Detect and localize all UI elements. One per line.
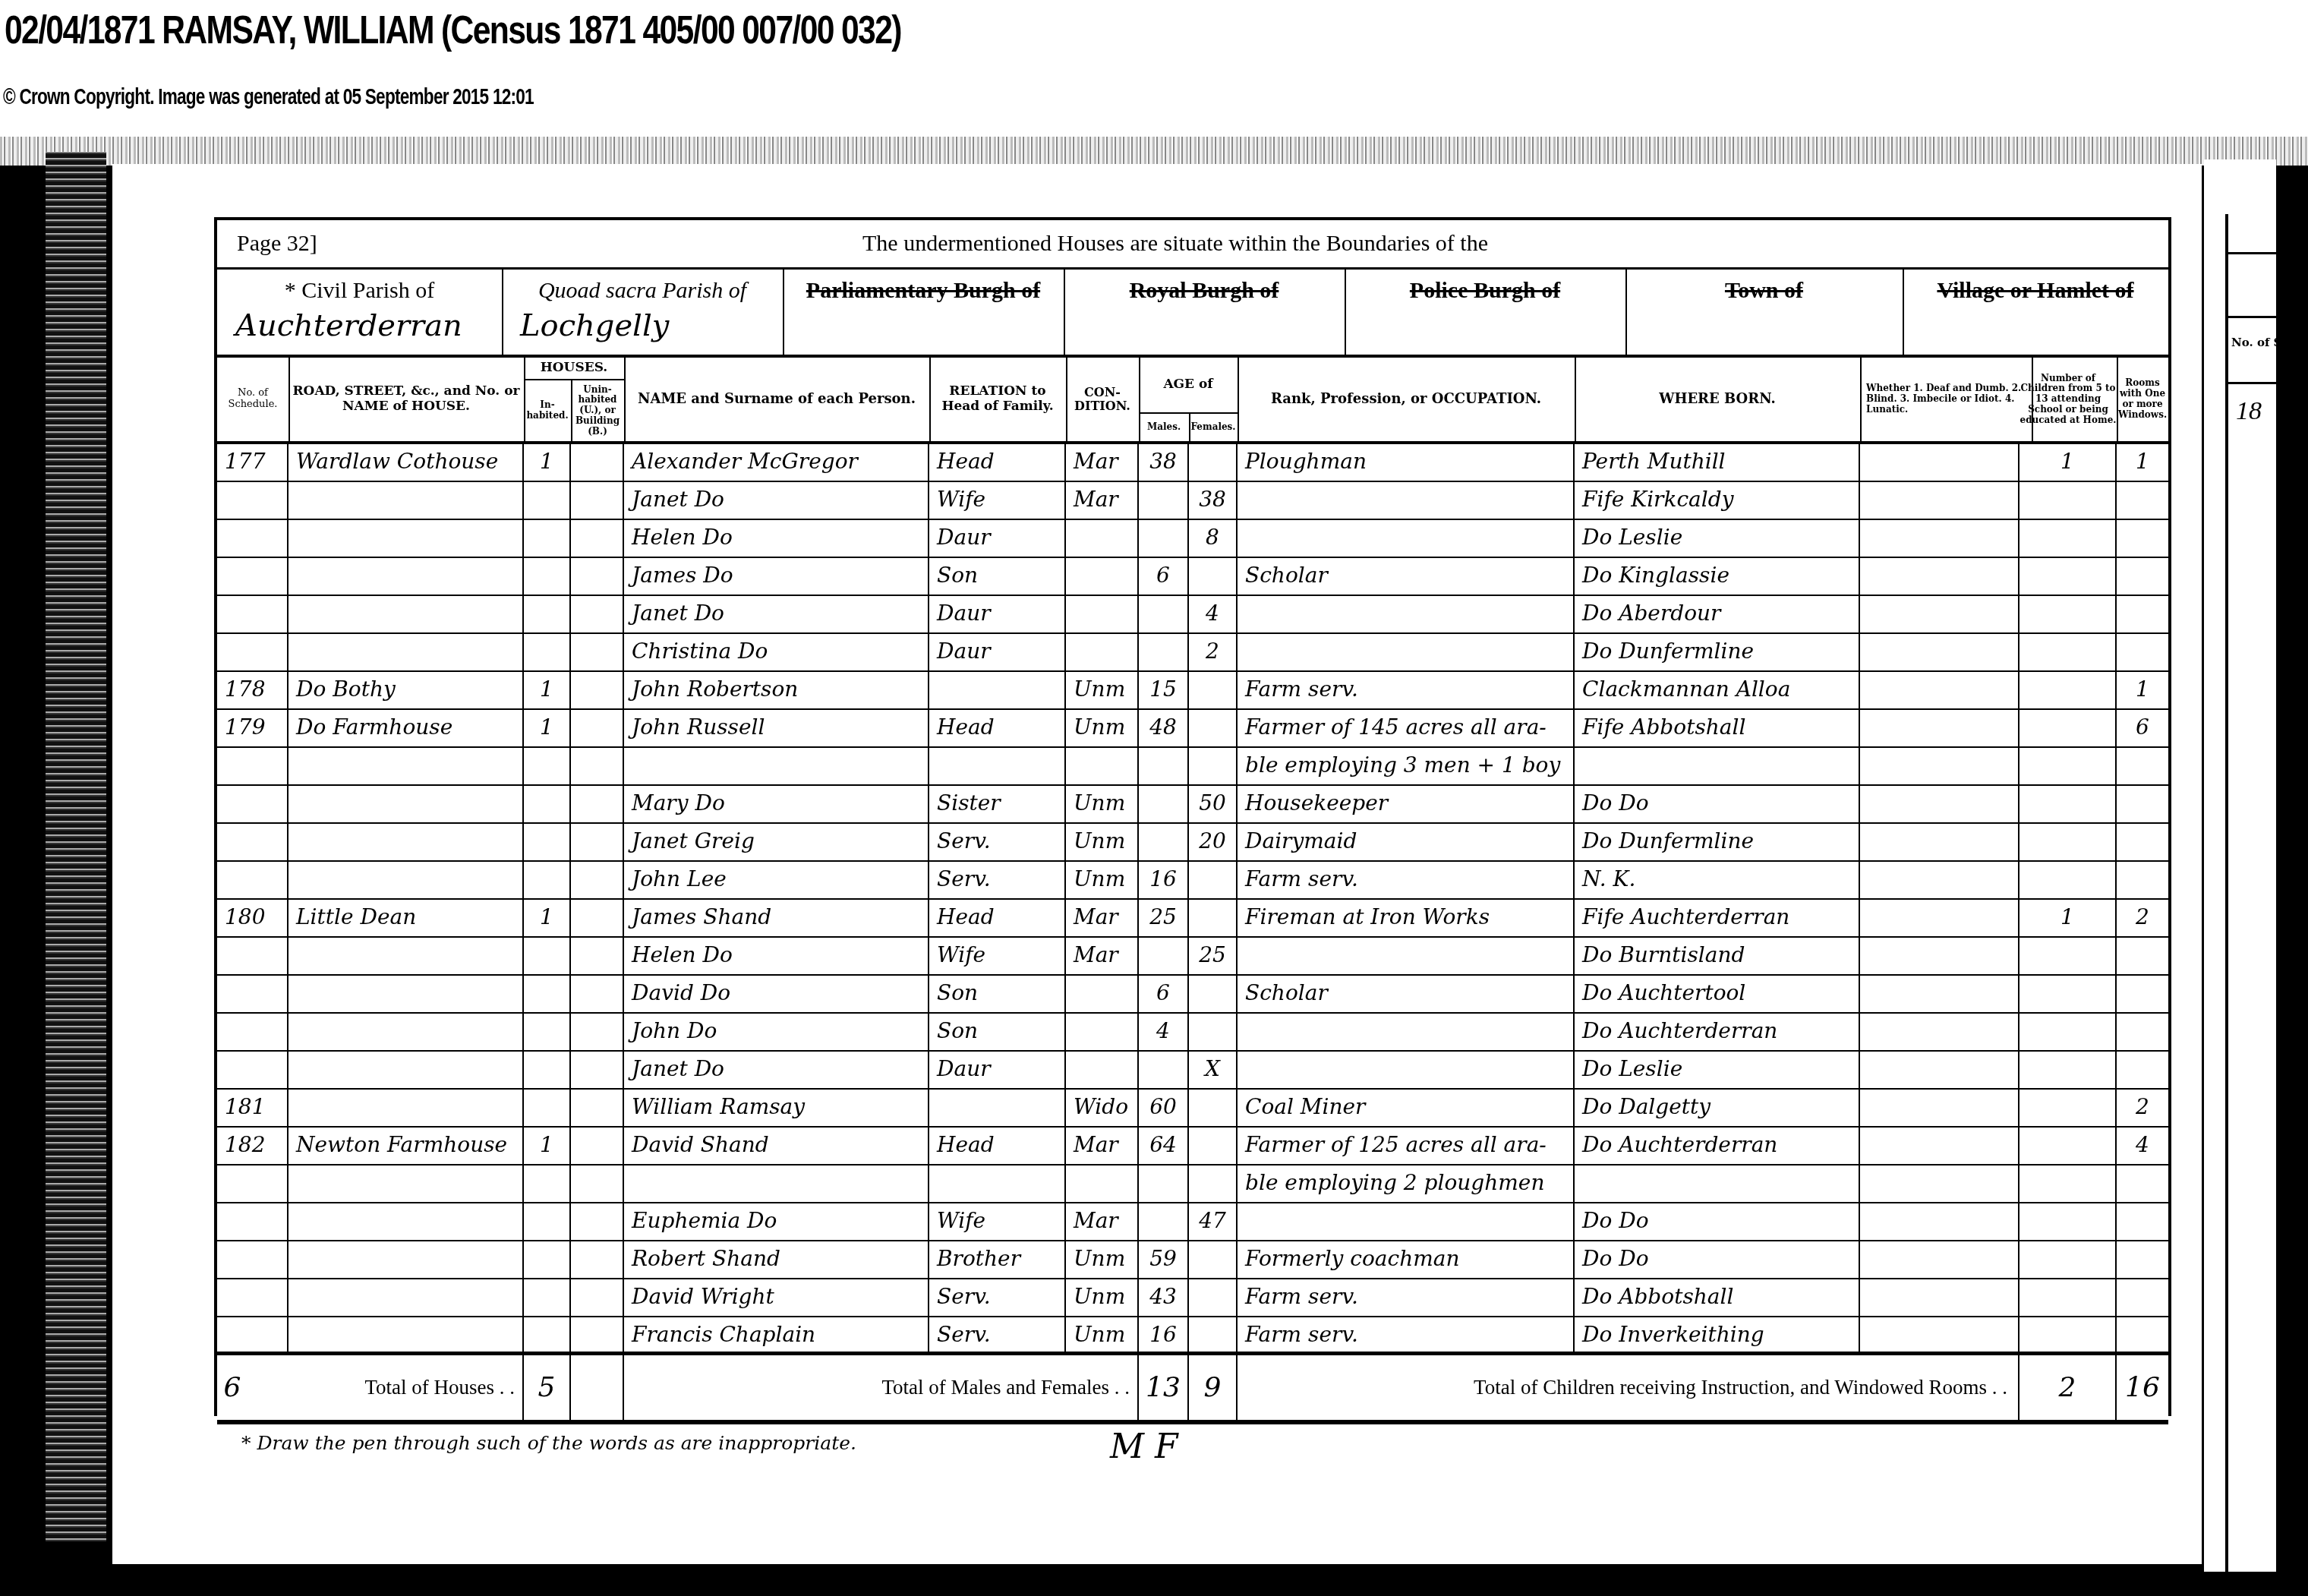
where-born-cell: Do Do bbox=[1575, 1241, 1860, 1279]
rooms-cell bbox=[2117, 862, 2168, 900]
female-age-cell: 50 bbox=[1189, 786, 1238, 824]
children-cell bbox=[2019, 710, 2117, 748]
rooms-cell: 2 bbox=[2117, 1090, 2168, 1128]
relation-cell: Head bbox=[929, 900, 1066, 938]
male-age-cell: 16 bbox=[1139, 1317, 1189, 1355]
schedule-cell bbox=[217, 786, 288, 824]
male-age-cell: 59 bbox=[1139, 1241, 1189, 1279]
table-row: John LeeServ.Unm16Farm serv.N. K. bbox=[217, 862, 2168, 898]
relation-cell bbox=[929, 1090, 1066, 1128]
uninhabited-cell bbox=[571, 634, 624, 672]
inhabited-cell: 1 bbox=[524, 672, 571, 710]
children-cell bbox=[2019, 1090, 2117, 1128]
condition-cell: Unm bbox=[1066, 824, 1139, 862]
table-row: Robert ShandBrotherUnm59Formerly coachma… bbox=[217, 1241, 2168, 1278]
children-cell bbox=[2019, 1203, 2117, 1241]
schedule-cell bbox=[217, 1279, 288, 1317]
road-cell bbox=[288, 1014, 524, 1052]
total-houses-label: Total of Houses . . bbox=[248, 1355, 524, 1420]
male-age-cell: 16 bbox=[1139, 862, 1189, 900]
col-uninhabited: Unin-habited (U.), or Building (B.) bbox=[571, 380, 626, 441]
uninhabited-cell bbox=[571, 862, 624, 900]
condition-cell: Mar bbox=[1066, 900, 1139, 938]
condition-cell bbox=[1066, 634, 1139, 672]
where-born-cell: Do Kinglassie bbox=[1575, 558, 1860, 596]
column-headers: No. of Schedule. ROAD, STREET, &c., and … bbox=[217, 358, 2168, 444]
female-age-cell bbox=[1189, 748, 1238, 786]
occupation-cell: Farm serv. bbox=[1238, 1279, 1575, 1317]
rooms-cell bbox=[2117, 824, 2168, 862]
condition-cell: Mar bbox=[1066, 1128, 1139, 1165]
col-occupation: Rank, Profession, or OCCUPATION. bbox=[1238, 358, 1576, 441]
uninhabited-cell bbox=[571, 1165, 624, 1203]
inhabited-cell bbox=[524, 596, 571, 634]
col-inhabited: In-habited. bbox=[524, 380, 572, 441]
schedule-cell: 181 bbox=[217, 1090, 288, 1128]
schedule-cell bbox=[217, 824, 288, 862]
children-cell bbox=[2019, 938, 2117, 976]
infirmity-cell bbox=[1860, 1279, 2019, 1317]
uninhabited-cell bbox=[571, 748, 624, 786]
rooms-cell bbox=[2117, 938, 2168, 976]
table-row: Janet DoDaurXDo Leslie bbox=[217, 1052, 2168, 1088]
inhabited-cell bbox=[524, 1165, 571, 1203]
name-cell bbox=[624, 1165, 929, 1203]
occupation-cell bbox=[1238, 520, 1575, 558]
schedule-cell bbox=[217, 596, 288, 634]
schedule-cell bbox=[217, 862, 288, 900]
road-cell bbox=[288, 1090, 524, 1128]
children-cell bbox=[2019, 1128, 2117, 1165]
name-cell: David Do bbox=[624, 976, 929, 1014]
inhabited-cell bbox=[524, 482, 571, 520]
total-children-label: Total of Children receiving Instruction,… bbox=[1238, 1355, 2019, 1420]
children-cell bbox=[2019, 558, 2117, 596]
occupation-cell bbox=[1238, 1052, 1575, 1090]
male-age-cell: 60 bbox=[1139, 1090, 1189, 1128]
quoad-sacra-value: Lochgelly bbox=[502, 308, 783, 343]
occupation-cell: Farm serv. bbox=[1238, 672, 1575, 710]
town-cell: Town of bbox=[1625, 267, 1904, 355]
page-number: Page 32] bbox=[237, 231, 317, 257]
scan-edge-noise bbox=[0, 137, 2308, 166]
occupation-cell bbox=[1238, 1203, 1575, 1241]
table-row: Christina DoDaur2Do Dunfermline bbox=[217, 634, 2168, 670]
rooms-cell bbox=[2117, 1052, 2168, 1090]
uninhabited-cell bbox=[571, 1279, 624, 1317]
boundaries-heading: The undermentioned Houses are situate wi… bbox=[862, 231, 1774, 257]
occupation-cell: Ploughman bbox=[1238, 444, 1575, 482]
occupation-cell: Coal Miner bbox=[1238, 1090, 1575, 1128]
where-born-cell: Do Leslie bbox=[1575, 1052, 1860, 1090]
table-row: Helen DoWifeMar25Do Burntisland bbox=[217, 938, 2168, 974]
schedule-cell: 179 bbox=[217, 710, 288, 748]
rooms-cell bbox=[2117, 596, 2168, 634]
children-cell bbox=[2019, 672, 2117, 710]
children-cell bbox=[2019, 1279, 2117, 1317]
uninhabited-cell bbox=[571, 558, 624, 596]
infirmity-cell bbox=[1860, 1128, 2019, 1165]
rooms-cell bbox=[2117, 520, 2168, 558]
table-row: David DoSon6ScholarDo Auchtertool bbox=[217, 976, 2168, 1012]
where-born-cell: Do Dalgetty bbox=[1575, 1090, 1860, 1128]
uninhabited-cell bbox=[571, 444, 624, 482]
inhabited-cell bbox=[524, 558, 571, 596]
uninhabited-cell bbox=[571, 520, 624, 558]
inhabited-cell bbox=[524, 976, 571, 1014]
road-cell bbox=[288, 938, 524, 976]
relation-cell bbox=[929, 672, 1066, 710]
where-born-cell: Do Dunfermline bbox=[1575, 824, 1860, 862]
children-cell bbox=[2019, 786, 2117, 824]
total-persons-label: Total of Males and Females . . bbox=[624, 1355, 1139, 1420]
relation-cell bbox=[929, 1165, 1066, 1203]
female-age-cell bbox=[1189, 862, 1238, 900]
children-cell: 1 bbox=[2019, 900, 2117, 938]
condition-cell: Mar bbox=[1066, 444, 1139, 482]
condition-cell: Mar bbox=[1066, 1203, 1139, 1241]
inhabited-cell: 1 bbox=[524, 1128, 571, 1165]
inhabited-cell bbox=[524, 862, 571, 900]
infirmity-cell bbox=[1860, 938, 2019, 976]
where-born-cell: Do Leslie bbox=[1575, 520, 1860, 558]
relation-cell: Brother bbox=[929, 1241, 1066, 1279]
relation-cell: Head bbox=[929, 710, 1066, 748]
relation-cell: Sister bbox=[929, 786, 1066, 824]
male-age-cell: 48 bbox=[1139, 710, 1189, 748]
male-age-cell bbox=[1139, 1203, 1189, 1241]
road-cell bbox=[288, 1317, 524, 1355]
table-row: 177Wardlaw Cothouse1Alexander McGregorHe… bbox=[217, 444, 2168, 481]
adjacent-page: No. of Schedule. 18 bbox=[2204, 159, 2276, 1572]
table-row: 179Do Farmhouse1John RussellHeadUnm48Far… bbox=[217, 710, 2168, 746]
uninhabited-cell bbox=[571, 824, 624, 862]
table-row: Mary DoSisterUnm50HousekeeperDo Do bbox=[217, 786, 2168, 822]
male-age-cell bbox=[1139, 938, 1189, 976]
occupation-cell: ble employing 2 ploughmen bbox=[1238, 1165, 1575, 1203]
male-age-cell: 43 bbox=[1139, 1279, 1189, 1317]
schedule-cell: 182 bbox=[217, 1128, 288, 1165]
name-cell: Robert Shand bbox=[624, 1241, 929, 1279]
male-age-cell bbox=[1139, 1165, 1189, 1203]
name-cell: John Russell bbox=[624, 710, 929, 748]
schedule-cell: 180 bbox=[217, 900, 288, 938]
record-title: 02/04/1871 RAMSAY, WILLIAM (Census 1871 … bbox=[5, 8, 901, 53]
rooms-cell: 1 bbox=[2117, 672, 2168, 710]
rooms-cell bbox=[2117, 1241, 2168, 1279]
occupation-cell bbox=[1238, 634, 1575, 672]
inhabited-cell bbox=[524, 1052, 571, 1090]
schedule-cell: 177 bbox=[217, 444, 288, 482]
rooms-cell bbox=[2117, 1014, 2168, 1052]
road-cell bbox=[288, 862, 524, 900]
schedule-cell: 178 bbox=[217, 672, 288, 710]
uninhabited-cell bbox=[571, 1241, 624, 1279]
female-age-cell bbox=[1189, 1014, 1238, 1052]
female-age-cell bbox=[1189, 1317, 1238, 1355]
relation-cell bbox=[929, 748, 1066, 786]
male-age-cell bbox=[1139, 824, 1189, 862]
male-age-cell: 38 bbox=[1139, 444, 1189, 482]
where-born-cell bbox=[1575, 748, 1860, 786]
where-born-cell: Do Aberdour bbox=[1575, 596, 1860, 634]
col-name: NAME and Surname of each Person. bbox=[624, 358, 931, 441]
name-cell: Helen Do bbox=[624, 520, 929, 558]
rooms-cell bbox=[2117, 482, 2168, 520]
col-rooms: Rooms with One or more Windows. bbox=[2117, 358, 2168, 441]
relation-cell: Serv. bbox=[929, 862, 1066, 900]
town-label: Town of bbox=[1625, 278, 1903, 304]
table-row: ble employing 3 men + 1 boy bbox=[217, 748, 2168, 784]
road-cell bbox=[288, 634, 524, 672]
name-cell: Janet Greig bbox=[624, 824, 929, 862]
children-cell bbox=[2019, 1317, 2117, 1355]
book-binding bbox=[46, 152, 106, 1541]
female-age-cell bbox=[1189, 1241, 1238, 1279]
female-age-cell bbox=[1189, 1090, 1238, 1128]
infirmity-cell bbox=[1860, 1203, 2019, 1241]
col-infirmities: Whether 1. Deaf and Dumb. 2. Blind. 3. I… bbox=[1860, 358, 2033, 441]
rooms-cell bbox=[2117, 1165, 2168, 1203]
condition-cell: Unm bbox=[1066, 862, 1139, 900]
totals-row: 6 Total of Houses . . 5 Total of Males a… bbox=[217, 1352, 2168, 1424]
name-cell: William Ramsay bbox=[624, 1090, 929, 1128]
road-cell bbox=[288, 1052, 524, 1090]
road-cell bbox=[288, 976, 524, 1014]
occupation-cell: Farm serv. bbox=[1238, 862, 1575, 900]
name-cell: James Do bbox=[624, 558, 929, 596]
uninhabited-cell bbox=[571, 482, 624, 520]
children-cell bbox=[2019, 976, 2117, 1014]
adjacent-header-label: No. of Schedule. bbox=[2231, 336, 2308, 349]
condition-cell: Unm bbox=[1066, 1241, 1139, 1279]
total-children-value: 2 bbox=[2019, 1355, 2117, 1420]
children-cell bbox=[2019, 520, 2117, 558]
inhabited-cell bbox=[524, 786, 571, 824]
children-cell bbox=[2019, 1014, 2117, 1052]
name-cell: Christina Do bbox=[624, 634, 929, 672]
table-row: David WrightServ.Unm43Farm serv.Do Abbot… bbox=[217, 1279, 2168, 1316]
census-form: Page 32] The undermentioned Houses are s… bbox=[214, 217, 2171, 1416]
children-cell bbox=[2019, 862, 2117, 900]
table-row: John DoSon4Do Auchterderran bbox=[217, 1014, 2168, 1050]
table-row: 181William RamsayWido60Coal MinerDo Dalg… bbox=[217, 1090, 2168, 1126]
infirmity-cell bbox=[1860, 1317, 2019, 1355]
name-cell: Euphemia Do bbox=[624, 1203, 929, 1241]
road-cell bbox=[288, 482, 524, 520]
schedule-cell bbox=[217, 634, 288, 672]
condition-cell bbox=[1066, 1014, 1139, 1052]
infirmity-cell bbox=[1860, 1052, 2019, 1090]
condition-cell: Wido bbox=[1066, 1090, 1139, 1128]
female-age-cell bbox=[1189, 444, 1238, 482]
infirmity-cell bbox=[1860, 748, 2019, 786]
infirmity-cell bbox=[1860, 1090, 2019, 1128]
col-schedule: No. of Schedule. bbox=[217, 358, 290, 441]
inhabited-cell: 1 bbox=[524, 444, 571, 482]
where-born-cell: Do Auchtertool bbox=[1575, 976, 1860, 1014]
inhabited-cell bbox=[524, 938, 571, 976]
name-cell bbox=[624, 748, 929, 786]
infirmity-cell bbox=[1860, 1241, 2019, 1279]
road-cell: Do Bothy bbox=[288, 672, 524, 710]
rooms-cell: 1 bbox=[2117, 444, 2168, 482]
royal-burgh-cell: Royal Burgh of bbox=[1064, 267, 1346, 355]
occupation-cell: ble employing 3 men + 1 boy bbox=[1238, 748, 1575, 786]
uninhabited-cell bbox=[571, 710, 624, 748]
royal-burgh-label: Royal Burgh of bbox=[1064, 278, 1345, 304]
relation-cell: Daur bbox=[929, 596, 1066, 634]
where-born-cell: Do Inverkeithing bbox=[1575, 1317, 1860, 1355]
table-row: Janet DoDaur4Do Aberdour bbox=[217, 596, 2168, 632]
male-age-cell bbox=[1139, 482, 1189, 520]
relation-cell: Serv. bbox=[929, 824, 1066, 862]
col-females: Females. bbox=[1189, 414, 1239, 441]
schedule-cell bbox=[217, 1165, 288, 1203]
road-cell: Little Dean bbox=[288, 900, 524, 938]
inhabited-cell bbox=[524, 1203, 571, 1241]
parish-row: * Civil Parish of Auchterderran Quoad sa… bbox=[217, 267, 2168, 358]
infirmity-cell bbox=[1860, 1014, 2019, 1052]
road-cell bbox=[288, 824, 524, 862]
rooms-cell bbox=[2117, 634, 2168, 672]
name-cell: Janet Do bbox=[624, 596, 929, 634]
rooms-cell bbox=[2117, 1317, 2168, 1355]
tally-marks: M F bbox=[1110, 1427, 1178, 1466]
relation-cell: Daur bbox=[929, 634, 1066, 672]
uninhabited-cell bbox=[571, 596, 624, 634]
col-males: Males. bbox=[1139, 414, 1190, 441]
rooms-cell bbox=[2117, 786, 2168, 824]
schedule-cell bbox=[217, 1052, 288, 1090]
female-age-cell bbox=[1189, 900, 1238, 938]
road-cell bbox=[288, 1203, 524, 1241]
relation-cell: Daur bbox=[929, 1052, 1066, 1090]
condition-cell: Unm bbox=[1066, 786, 1139, 824]
name-cell: David Wright bbox=[624, 1279, 929, 1317]
occupation-cell bbox=[1238, 938, 1575, 976]
children-cell bbox=[2019, 748, 2117, 786]
uninhabited-cell bbox=[571, 1090, 624, 1128]
male-age-cell bbox=[1139, 634, 1189, 672]
name-cell: Janet Do bbox=[624, 482, 929, 520]
condition-cell: Unm bbox=[1066, 1279, 1139, 1317]
male-age-cell: 25 bbox=[1139, 900, 1189, 938]
col-children: Number of Children from 5 to 13 attendin… bbox=[2019, 358, 2118, 441]
col-houses: HOUSES. bbox=[524, 358, 626, 380]
inhabited-cell bbox=[524, 824, 571, 862]
col-age: AGE of bbox=[1139, 358, 1239, 414]
female-age-cell: 8 bbox=[1189, 520, 1238, 558]
civil-parish-cell: * Civil Parish of Auchterderran bbox=[217, 267, 503, 355]
rooms-cell bbox=[2117, 1279, 2168, 1317]
relation-cell: Serv. bbox=[929, 1317, 1066, 1355]
name-cell: John Lee bbox=[624, 862, 929, 900]
rooms-cell: 2 bbox=[2117, 900, 2168, 938]
infirmity-cell bbox=[1860, 672, 2019, 710]
occupation-cell: Farmer of 145 acres all ara- bbox=[1238, 710, 1575, 748]
uninhabited-cell bbox=[571, 1317, 624, 1355]
total-males-value: 13 bbox=[1139, 1355, 1189, 1420]
name-cell: James Shand bbox=[624, 900, 929, 938]
table-row: Francis ChaplainServ.Unm16Farm serv.Do I… bbox=[217, 1317, 2168, 1354]
name-cell: Mary Do bbox=[624, 786, 929, 824]
col-road: ROAD, STREET, &c., and No. or NAME of HO… bbox=[288, 358, 525, 441]
rooms-cell bbox=[2117, 748, 2168, 786]
inhabited-cell bbox=[524, 1279, 571, 1317]
condition-cell bbox=[1066, 976, 1139, 1014]
uninhabited-cell bbox=[571, 672, 624, 710]
children-cell bbox=[2019, 596, 2117, 634]
table-row: Janet GreigServ.Unm20DairymaidDo Dunferm… bbox=[217, 824, 2168, 860]
name-cell: Alexander McGregor bbox=[624, 444, 929, 482]
total-uninhabited-value bbox=[571, 1355, 624, 1420]
quoad-sacra-label: Quoad sacra Parish of bbox=[502, 278, 783, 304]
inhabited-cell bbox=[524, 634, 571, 672]
infirmity-cell bbox=[1860, 900, 2019, 938]
female-age-cell bbox=[1189, 1165, 1238, 1203]
adjacent-rule bbox=[2227, 252, 2280, 254]
condition-cell bbox=[1066, 1165, 1139, 1203]
table-row: James DoSon6ScholarDo Kinglassie bbox=[217, 558, 2168, 595]
female-age-cell bbox=[1189, 672, 1238, 710]
rooms-cell bbox=[2117, 976, 2168, 1014]
schedule-cell bbox=[217, 1241, 288, 1279]
road-cell bbox=[288, 520, 524, 558]
schedule-cell bbox=[217, 748, 288, 786]
table-row: 180Little Dean1James ShandHeadMar25Firem… bbox=[217, 900, 2168, 936]
male-age-cell bbox=[1139, 748, 1189, 786]
uninhabited-cell bbox=[571, 1052, 624, 1090]
where-born-cell: Do Dunfermline bbox=[1575, 634, 1860, 672]
condition-cell: Unm bbox=[1066, 672, 1139, 710]
female-age-cell: 47 bbox=[1189, 1203, 1238, 1241]
name-cell: David Shand bbox=[624, 1128, 929, 1165]
uninhabited-cell bbox=[571, 1014, 624, 1052]
condition-cell: Unm bbox=[1066, 710, 1139, 748]
schedule-cell bbox=[217, 1014, 288, 1052]
female-age-cell: 2 bbox=[1189, 634, 1238, 672]
female-age-cell bbox=[1189, 1128, 1238, 1165]
road-cell: Newton Farmhouse bbox=[288, 1128, 524, 1165]
uninhabited-cell bbox=[571, 900, 624, 938]
schedule-cell bbox=[217, 1203, 288, 1241]
table-row: Janet DoWifeMar38Fife Kirkcaldy bbox=[217, 482, 2168, 519]
infirmity-cell bbox=[1860, 482, 2019, 520]
police-burgh-label: Police Burgh of bbox=[1345, 278, 1625, 304]
female-age-cell: 20 bbox=[1189, 824, 1238, 862]
road-cell bbox=[288, 1165, 524, 1203]
village-cell: Village or Hamlet of bbox=[1903, 267, 2168, 355]
relation-cell: Wife bbox=[929, 482, 1066, 520]
where-born-cell: N. K. bbox=[1575, 862, 1860, 900]
inhabited-cell bbox=[524, 1241, 571, 1279]
road-cell bbox=[288, 1279, 524, 1317]
female-age-cell: 4 bbox=[1189, 596, 1238, 634]
inhabited-cell bbox=[524, 1090, 571, 1128]
relation-cell: Head bbox=[929, 444, 1066, 482]
schedule-cell bbox=[217, 1317, 288, 1355]
police-burgh-cell: Police Burgh of bbox=[1345, 267, 1627, 355]
name-cell: John Robertson bbox=[624, 672, 929, 710]
occupation-cell: Dairymaid bbox=[1238, 824, 1575, 862]
children-cell bbox=[2019, 1165, 2117, 1203]
occupation-cell: Scholar bbox=[1238, 976, 1575, 1014]
road-cell bbox=[288, 748, 524, 786]
infirmity-cell bbox=[1860, 976, 2019, 1014]
name-cell: Janet Do bbox=[624, 1052, 929, 1090]
quoad-sacra-parish-cell: Quoad sacra Parish of Lochgelly bbox=[502, 267, 784, 355]
